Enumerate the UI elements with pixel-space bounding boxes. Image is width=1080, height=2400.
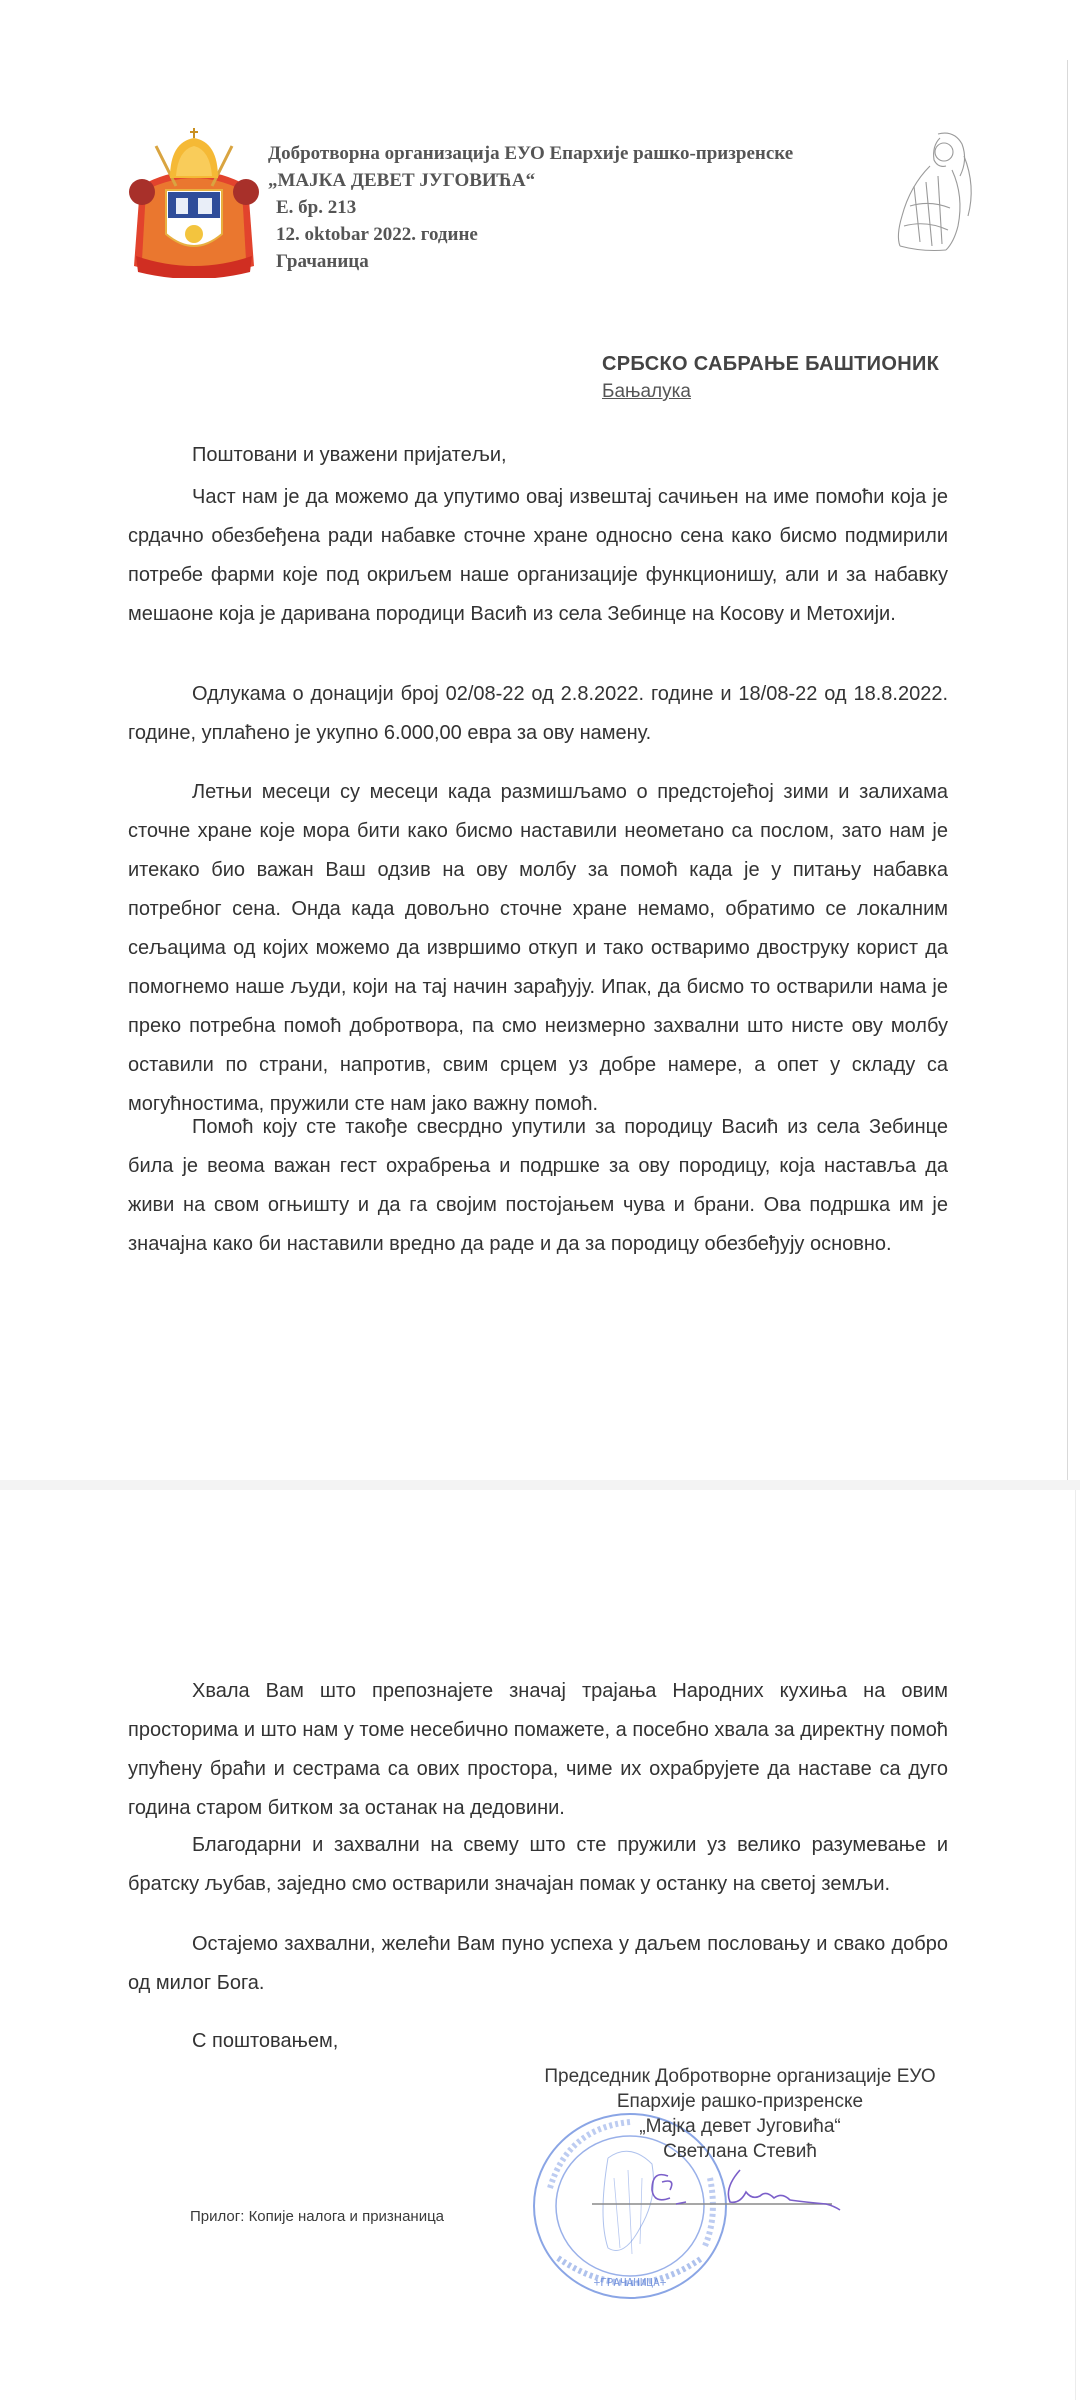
letter-place: Грачаница	[268, 248, 793, 275]
paragraph-vasic-family: Помоћ коју сте такође свесрдно упутили з…	[128, 1108, 948, 1264]
salutation: Поштовани и уважени пријатељи,	[128, 436, 948, 475]
paragraph-text: Остајемо захвални, желећи Вам пуно успех…	[128, 1925, 948, 2003]
mother-figure-drawing-icon	[880, 126, 980, 262]
paragraph-text: Помоћ коју сте такође свесрдно упутили з…	[128, 1108, 948, 1264]
recipient-block: СРБСКО САБРАЊЕ БАШТИОНИК Бањалука	[602, 353, 939, 403]
paragraph-grateful: Благодарни и захвални на свему што сте п…	[128, 1826, 948, 1904]
signatory-block: Председник Добротворне организације ЕУО …	[500, 2064, 980, 2164]
signatory-organization: „Мајка девет Југовића“	[500, 2114, 980, 2139]
reference-number: Е. бр. 213	[268, 194, 793, 221]
paragraph-report-intro: Част нам је да можемо да упутимо овај из…	[128, 478, 948, 634]
organization-title: „МАЈКА ДЕВЕТ ЈУГОВИЋА“	[268, 167, 793, 194]
recipient-city: Бањалука	[602, 381, 939, 403]
organization-name: Добротворна организација ЕУО Епархије ра…	[268, 140, 793, 167]
paragraph-text: Одлукама о донацији број 02/08-22 од 2.8…	[128, 675, 948, 753]
paragraph-text: Хвала Вам што препознајете значај трајањ…	[128, 1672, 948, 1828]
paragraph-text: Част нам је да можемо да упутимо овај из…	[128, 478, 948, 634]
diocese-coat-of-arms-icon	[126, 126, 262, 278]
recipient-name: СРБСКО САБРАЊЕ БАШТИОНИК	[602, 353, 939, 376]
handwritten-signature-icon	[590, 2160, 850, 2220]
paragraph-text: Благодарни и захвални на свему што сте п…	[128, 1826, 948, 1904]
paragraph-text: Летњи месеци су месеци када размишљамо о…	[128, 773, 948, 1124]
svg-text:+ГРАЧАНИЦА+: +ГРАЧАНИЦА+	[594, 2276, 667, 2289]
scan-edge-line	[1075, 1490, 1076, 2400]
letterhead: Добротворна организација ЕУО Епархије ра…	[268, 140, 793, 275]
scan-edge-line	[1067, 60, 1068, 1480]
paragraph-donation-decisions: Одлукама о донацији број 02/08-22 од 2.8…	[128, 675, 948, 753]
letter-date: 12. oktobar 2022. године	[268, 221, 793, 248]
paragraph-summer-months: Летњи месеци су месеци када размишљамо о…	[128, 773, 948, 1124]
document-page-1: Добротворна организација ЕУО Епархије ра…	[0, 0, 1080, 1480]
closing-phrase: С поштовањем,	[128, 2022, 948, 2061]
paragraph-thanks-kitchens: Хвала Вам што препознајете значај трајањ…	[128, 1672, 948, 1828]
signatory-diocese: Епархије рашко-призренске	[500, 2089, 980, 2114]
signatory-title: Председник Добротворне организације ЕУО	[500, 2064, 980, 2089]
paragraph-wishes: Остајемо захвални, желећи Вам пуно успех…	[128, 1925, 948, 2003]
page-separator	[0, 1480, 1080, 1490]
attachment-note: Прилог: Копије налога и признаница	[190, 2208, 444, 2225]
